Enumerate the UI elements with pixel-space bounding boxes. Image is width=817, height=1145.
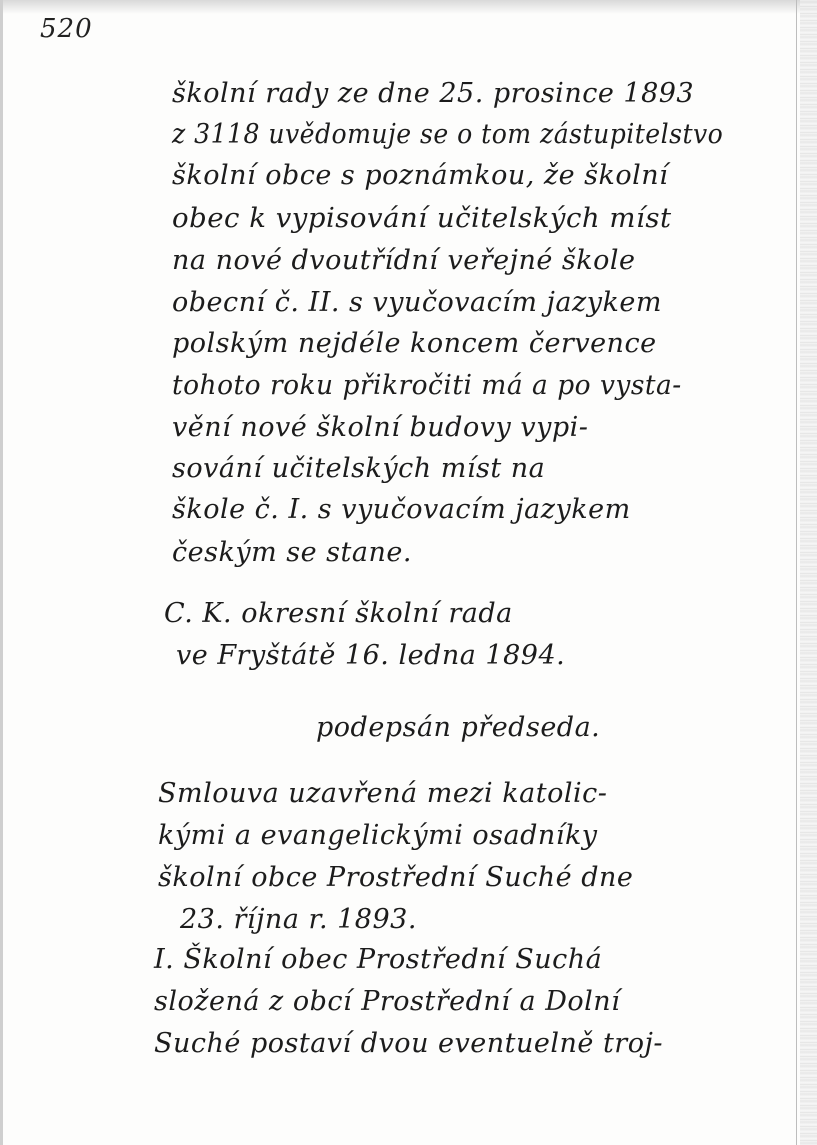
signature-place-date: ve Fryštátě 16. ledna 1894. xyxy=(176,640,565,671)
paragraph-1-line: sování učitelských míst na xyxy=(172,453,545,484)
contract-heading-line: kými a evangelickými osadníky xyxy=(158,820,598,851)
document-page: 520 školní rady ze dne 25. prosince 1893… xyxy=(0,0,817,1145)
clause-1-line: složená z obcí Prostřední a Dolní xyxy=(154,986,620,1017)
paragraph-1-line: obec k vypisování učitelských míst xyxy=(172,203,672,234)
scan-fold-line xyxy=(796,0,797,1145)
paragraph-1-line: polským nejdéle koncem července xyxy=(172,328,657,359)
clause-1-line: I. Školní obec Prostřední Suchá xyxy=(154,944,602,975)
signature-authority: C. K. okresní školní rada xyxy=(164,598,513,629)
contract-heading-line: školní obce Prostřední Suché dne xyxy=(158,862,633,893)
paragraph-1-line: na nové dvoutřídní veřejné škole xyxy=(172,245,636,276)
scan-edge-left xyxy=(0,0,3,1145)
clause-1-line: Suché postaví dvou eventuelně troj- xyxy=(154,1028,663,1059)
paragraph-1-line: školní obce s poznámkou, že školní xyxy=(172,160,668,191)
paragraph-1-line: obecní č. II. s vyučovacím jazykem xyxy=(172,287,662,318)
scan-edge-top xyxy=(0,0,817,14)
paragraph-1-line: tohoto roku přikročiti má a po vysta- xyxy=(172,370,682,401)
contract-heading-line: 23. října r. 1893. xyxy=(180,904,417,935)
paragraph-1-line: českým se stane. xyxy=(172,537,412,568)
page-number: 520 xyxy=(40,14,93,44)
paragraph-1-line: vění nové školní budovy vypi- xyxy=(172,412,588,443)
contract-heading-line: Smlouva uzavřená mezi katolic- xyxy=(158,778,607,809)
paragraph-1-line: z 3118 uvědomuje se o tom zástupitelstvo xyxy=(172,119,723,150)
scan-edge-right xyxy=(800,0,817,1145)
paragraph-1-line: škole č. I. s vyučovacím jazykem xyxy=(172,494,631,525)
paragraph-1-line: školní rady ze dne 25. prosince 1893 xyxy=(172,78,694,109)
signature-signed: podepsán předseda. xyxy=(316,712,600,743)
